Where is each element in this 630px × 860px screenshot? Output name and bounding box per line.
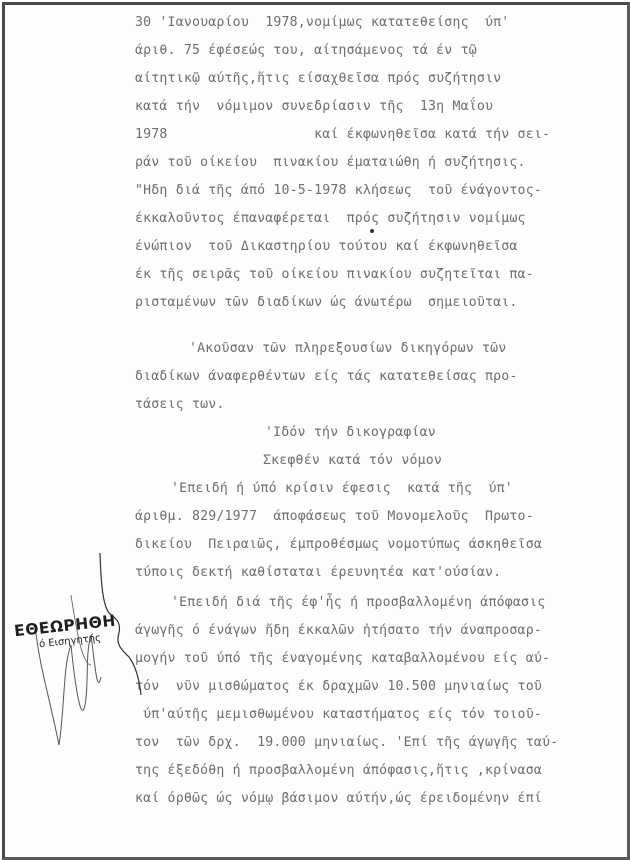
text-line: "Ηδη διά τῆς άπό 10-5-1978 κλήσεως τοῦ έ… (135, 183, 542, 198)
review-stamp: ΕΘΕΩΡΗΘΗ ό Εισηγητής (5, 617, 125, 647)
text-line: άριθμ. 829/1977 άποφάσεως τοῦ Μονομελοῦς… (135, 509, 534, 524)
text-line: 'Ακοῦσαν τῶν πληρεξουσίων δικηγόρων τῶν (189, 341, 506, 356)
text-line: διαδίκων άναφερθέντων είς τάς κατατεθείσ… (135, 369, 518, 384)
text-line: 30 'Ιανουαρίου 1978,νομίμως κατατεθείσης… (135, 15, 509, 30)
text-line: ράν τοῦ οίκείου πινακίου έματαιώθη ή συζ… (135, 155, 526, 170)
text-line: δικείου Πειραιῶς, έμπροθέσμως νομοτύπως … (135, 537, 542, 552)
text-line: 'Επειδή ή ύπό κρίσιν έφεσις κατά τῆς ύπ' (171, 481, 513, 496)
text-line: άριθ. 75 έφέσεώς του, αίτησάμενος τά έν … (135, 43, 477, 58)
text-line: ρισταμένων τῶν διαδίκων ώς άνωτέρω σημει… (135, 295, 518, 310)
text-line: 'Επειδή διά τῆς έφ'ἧς ή προσβαλλομένη άπ… (171, 595, 545, 610)
text-line: αίτητικῷ αύτῆς,ἥτις είσαχθεῖσα πρός συζή… (135, 71, 501, 86)
text-line: κατά τήν νόμιμον συνεδρίασιν τῆς 13η Μαΐ… (135, 99, 493, 114)
text-line: τόν νῦν μισθώματος έκ δραχμῶν 10.500 μην… (135, 679, 542, 694)
text-line: έκ τῆς σειρᾶς τοῦ οίκείου πινακίου συζητ… (135, 267, 534, 282)
text-line: τον τῶν δρχ. 19.000 μηνιαίως. 'Επί τῆς ά… (135, 735, 558, 750)
text-line: καί όρθῶς ώς νόμῳ βάσιμον αύτήν,ώς έρειδ… (135, 791, 542, 806)
text-line: της έξεδόθη ή προσβαλλομένη άπόφασις,ἥτι… (135, 763, 542, 778)
text-line: άγωγῆς ό ένάγων ἤδη έκκαλῶν ἠτήσατο τήν … (135, 623, 542, 638)
ink-dot (370, 229, 374, 233)
heading-line: Σκεφθέν κατά τόν νόμον (263, 453, 442, 468)
text-line: ένώπιον τοῦ Δικαστηρίου τούτου καί έκφων… (135, 239, 518, 254)
document-page: 30 'Ιανουαρίου 1978,νομίμως κατατεθείσης… (2, 2, 630, 860)
text-line: έκκαλοῦντος έπαναφέρεται πρός συζήτησιν … (135, 211, 526, 226)
text-line: μογήν τοῦ ύπό τῆς έναγομένης καταβαλλομέ… (135, 651, 550, 666)
text-line: 1978 καί έκφωνηθεῖσα κατά τήν σει- (135, 127, 550, 142)
text-line: τύποις δεκτή καθίσταται έρευνητέα κατ'ού… (135, 565, 501, 580)
text-line: τάσεις των. (135, 397, 225, 412)
text-line: ύπ'αύτῆς μεμισθωμένου καταστήματος είς τ… (135, 707, 542, 722)
heading-line: 'Ιδόν τήν δικογραφίαν (265, 425, 436, 440)
